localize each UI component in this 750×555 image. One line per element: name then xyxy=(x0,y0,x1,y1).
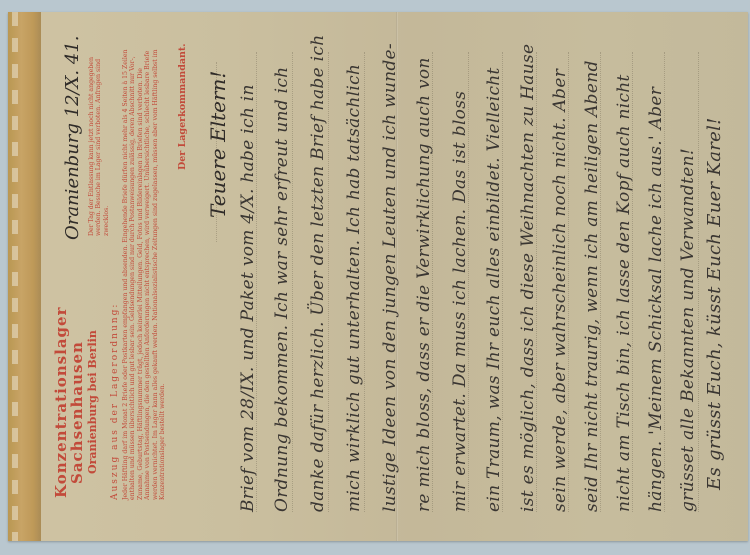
letter-line: nicht am Tisch bin, ich lasse den Kopf a… xyxy=(614,74,634,512)
letter-closing: Es grüsst Euch, küsst Euch Euer Karel! xyxy=(704,117,725,490)
letter-line: sein werde, aber wahrscheinlich noch nic… xyxy=(550,69,570,512)
commandant-signature: Der Lagerkommandant. xyxy=(177,43,188,170)
letter-line: re mich bloss, dass er die Verwirklichun… xyxy=(414,57,434,512)
letter-line: ist es möglich, dass ich diese Weihnacht… xyxy=(518,44,538,512)
guide-line xyxy=(364,52,365,512)
letter-line: seid Ihr nicht traurig, wenn ich am heil… xyxy=(582,60,602,512)
rules-heading: Auszug aus der Lagerordnung: xyxy=(110,303,120,500)
letter-line: hängen. 'Meinem Schicksal lache ich aus.… xyxy=(646,87,666,512)
letter-line: danke dafür herzlich. Über den letzten B… xyxy=(308,35,328,512)
letter-line: Brief vom 28/IX. und Paket vom 4/X. habe… xyxy=(238,84,258,512)
letter-line: lustige Ideen von den jungen Leuten und … xyxy=(380,43,400,512)
camp-name-line2: Sachsenhausen xyxy=(68,341,86,484)
rules-text-release: Der Tag der Entlassung kann jetzt noch n… xyxy=(88,36,118,236)
guide-line xyxy=(292,52,293,512)
place-date: Oranienburg 12/X. 41. xyxy=(62,35,83,240)
letter-line: mir erwartet. Da muss ich lachen. Das is… xyxy=(450,91,470,512)
guide-line xyxy=(698,52,699,512)
salutation: Teuere Eltern! xyxy=(206,71,230,218)
letter-line: ein Traum, was Ihr euch alles einbildet.… xyxy=(484,67,504,512)
letter-line: mich wirklich gut unterhalten. Ich hab t… xyxy=(344,64,364,512)
adhesive-tape-strip xyxy=(8,12,41,541)
letter-line: grüsset alle Bekannten und Verwandten! xyxy=(678,148,698,512)
letter-line: Ordnung bekommen. Ich war sehr erfreut u… xyxy=(272,67,292,512)
rules-text: Jeder Häftling darf im Monat 2 Briefe od… xyxy=(122,45,202,500)
guide-line xyxy=(328,52,329,512)
camp-location: Oranienburg bei Berlin xyxy=(86,330,99,474)
